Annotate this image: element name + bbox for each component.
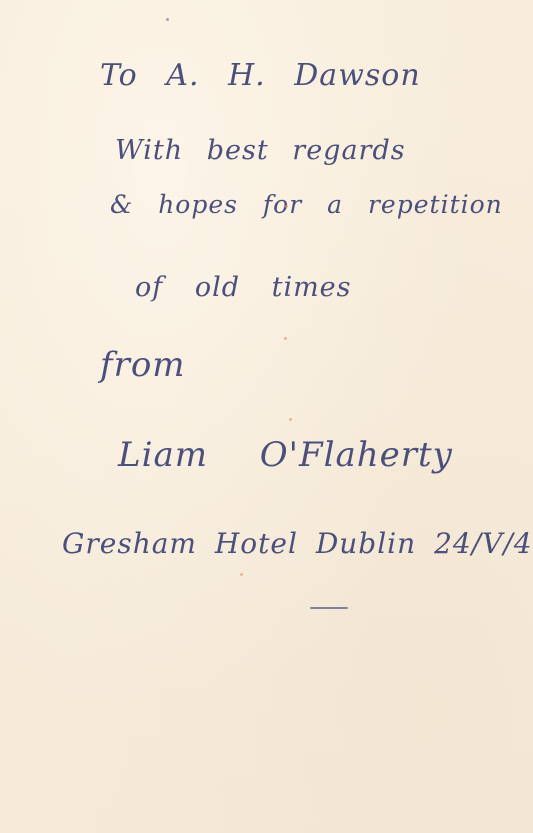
place-and-date: Gresham Hotel Dublin 24/V/46: [62, 527, 533, 560]
paper-speck: [284, 337, 287, 340]
paper-speck: [289, 418, 292, 421]
paper-speck: [166, 18, 169, 21]
underline-dash: [310, 607, 348, 609]
paper-speck: [285, 205, 288, 208]
dedication-line: To A. H. Dawson: [100, 58, 421, 93]
closing-line: from: [100, 345, 186, 385]
body-line-1: With best regards: [115, 135, 406, 166]
inscription-page: To A. H. Dawson With best regards & hope…: [0, 0, 533, 833]
paper-speck: [240, 573, 243, 576]
body-line-3: of old times: [135, 272, 352, 303]
signature: Liam O'Flaherty: [118, 435, 453, 475]
body-line-2: & hopes for a repetition: [110, 190, 503, 219]
